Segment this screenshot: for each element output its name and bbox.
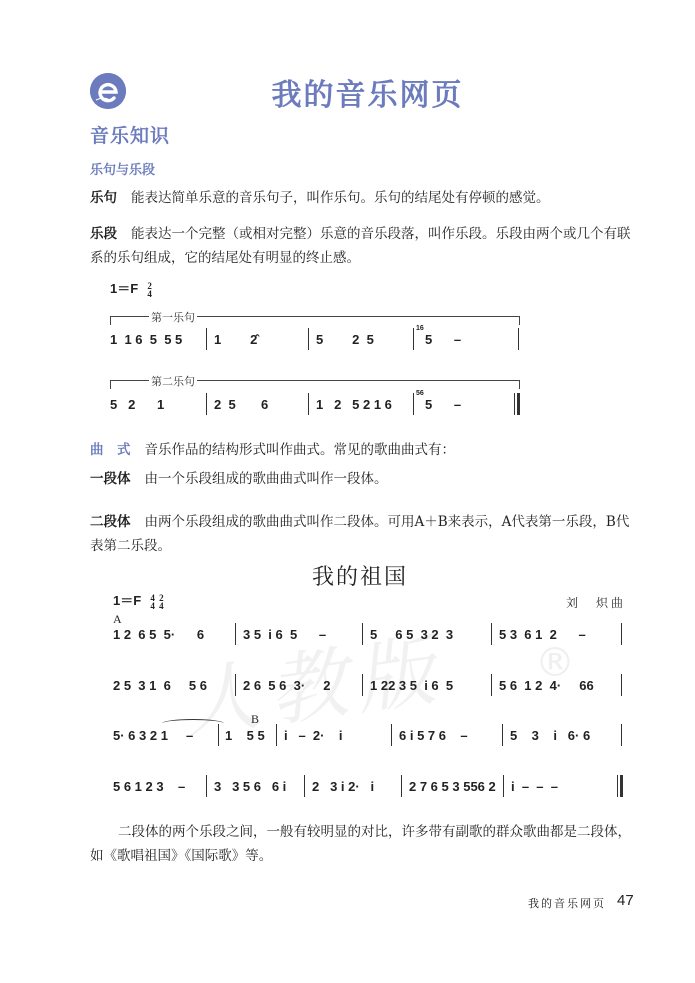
measure: 2 3 i 2· i [312,779,374,794]
grace-note: 56 [416,390,424,397]
measure: 5 6 1 2 3 – [113,779,185,794]
running-title: 我的音乐网页 [528,895,606,911]
term-two-part: 二段体 [90,514,131,530]
barline [413,393,414,415]
page-title: 我的音乐网页 [0,70,695,114]
barline [502,724,503,746]
composer: 刘 炽曲 [566,594,626,611]
measure: 1 1 6 5 5 5 [110,332,182,347]
barline [401,775,402,797]
measure: 3 5 i 6 5 – [243,627,326,642]
notation-row: 1 1 6 5 5 5 1 2̂ 5 2 5 16 5 – [0,332,695,356]
term-phrase: 乐句 [90,190,117,206]
barline [491,674,492,696]
definition-text: 由一个乐段组成的歌曲曲式叫作一段体。 [145,471,388,487]
barline [503,775,504,797]
measure: 5· 6 3 2 1 – [113,728,193,743]
barline [308,393,309,415]
key: 1＝F [110,281,138,296]
notation-row: 1 2 6 5 5· 6 3 5 i 6 5 – 5 6 5 3 2 3 5 3… [0,627,695,651]
final-barline [517,393,520,415]
section-label-a: A [113,612,122,627]
phrase-bracket-2: 第二乐句 [110,380,520,389]
notation-row: 5 2 1 2 5 6 1 2 5 2 1 6 56 5 – [0,397,695,421]
barline [206,393,207,415]
barline [413,328,414,350]
closing-paragraph: 二段体的两个乐段之间，一般有较明显的对比，许多带有副歌的群众歌曲都是二段体，如《… [90,820,638,868]
measure: 1 2 6 5 5· 6 [113,627,204,642]
notation-row: 2 5 3 1 6 5 6 2 6 5 6 3· 2 1 22 3 5 i 6 … [0,678,695,702]
measure: 3 3 5 6 6 i [214,779,286,794]
measure: 1 2̂ [214,332,257,347]
definition-one-part: 一段体由一个乐段组成的歌曲曲式叫作一段体。 [90,467,638,491]
tie [162,719,224,728]
barline [617,775,618,797]
barline [235,674,236,696]
barline [362,623,363,645]
measure: 5 6 5 3 2 3 [370,627,453,642]
barline [276,724,277,746]
measure: 1 5 5 [225,728,265,743]
key: 1＝F [113,593,141,608]
final-barline [620,775,623,797]
section-label-b: B [251,712,259,727]
measure: 5 2 1 [110,397,164,412]
grace-note: 16 [416,325,424,332]
barline [206,328,207,350]
notation-row: 5· 6 3 2 1 – 1 5 5 i – 2· i 6 i 5 7 6 – … [0,728,695,752]
barline [235,623,236,645]
measure: 5 3 i 6· 6 [510,728,590,743]
time-signature: 24 [159,594,164,610]
definition-phrase: 乐句能表达简单乐意的音乐句子，叫作乐句。乐句的结尾处有停顿的感觉。 [90,186,638,210]
measure: 5 – [425,332,461,347]
definition-text: 能表达一个完整（或相对完整）乐意的音乐段落，叫作乐段。乐段由两个或几个有联系的乐… [90,226,631,266]
key-signature: 1＝F 24 [110,278,152,298]
time-signature: 24 [147,282,152,298]
barline [518,328,519,350]
measure: 2 7 6 5 3 556 2 [409,779,496,794]
barline [362,674,363,696]
notation-row: 5 6 1 2 3 – 3 3 5 6 6 i 2 3 i 2· i 2 7 6… [0,779,695,803]
term-period: 乐段 [90,226,117,242]
barline [304,775,305,797]
barline [206,775,207,797]
measure: i – 2· i [284,728,343,743]
measure: 1 22 3 5 i 6 5 [370,678,453,693]
section-title: 音乐知识 [90,121,170,148]
subsection-title: 乐句与乐段 [90,159,155,178]
barline [514,393,515,415]
barline [621,674,622,696]
barline [391,724,392,746]
phrase-label: 第一乐句 [149,309,197,325]
measure: 2 5 6 [214,397,268,412]
term-form: 曲 式 [90,442,131,458]
definition-form: 曲 式音乐作品的结构形式叫作曲式。常见的歌曲曲式有： [90,438,638,462]
phrase-bracket-1: 第一乐句 [110,316,520,325]
definition-text: 由两个乐段组成的歌曲曲式叫作二段体。可用A＋B来表示，A代表第一乐段，B代表第二… [90,514,629,554]
measure: 5 3 6 1 2 – [499,627,586,642]
measure: 2 5 3 1 6 5 6 [113,678,207,693]
definition-period: 乐段能表达一个完整（或相对完整）乐意的音乐段落，叫作乐段。乐段由两个或几个有联系… [90,222,638,270]
definition-text: 能表达简单乐意的音乐句子，叫作乐句。乐句的结尾处有停顿的感觉。 [131,190,550,206]
measure: 5 6 1 2 4· 66 [499,678,594,693]
phrase-label: 第二乐句 [149,373,197,389]
barline [308,328,309,350]
song-title: 我的祖国 [0,560,695,591]
barline [491,623,492,645]
term-one-part: 一段体 [90,471,131,487]
measure: 2 6 5 6 3· 2 [243,678,330,693]
barline [621,724,622,746]
time-signature: 44 [150,594,155,610]
definition-text: 音乐作品的结构形式叫作曲式。常见的歌曲曲式有： [145,442,456,458]
barline [621,623,622,645]
definition-two-part: 二段体由两个乐段组成的歌曲曲式叫作二段体。可用A＋B来表示，A代表第一乐段，B代… [90,510,638,558]
measure: 6 i 5 7 6 – [399,728,468,743]
barline [218,724,219,746]
song-key-signature: 1＝F 44 24 [113,590,164,610]
page-number: 47 [617,892,634,909]
measure: 1 2 5 2 1 6 [316,397,392,412]
measure: 5 2 5 [316,332,374,347]
measure: 5 – [425,397,461,412]
measure: i – – – [511,779,558,794]
